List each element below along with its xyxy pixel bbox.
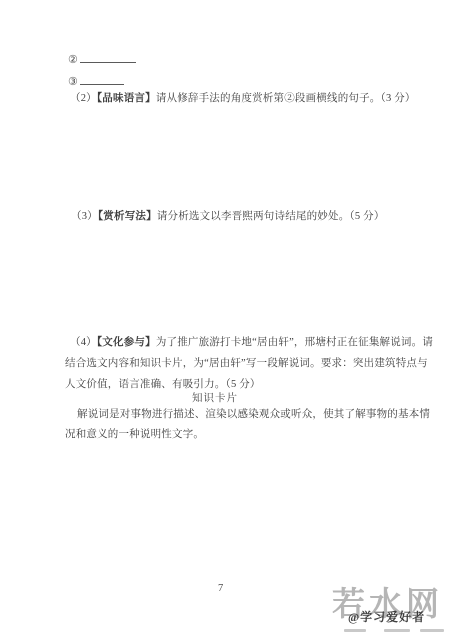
fill-blank-2-marker: ② <box>68 54 78 66</box>
fill-blank-2: ② <box>68 53 136 66</box>
watermark-subtext-smudge <box>344 629 366 632</box>
question-3-text: 请分析选文以李晋熙两句诗结尾的妙处。（5 分） <box>157 211 385 222</box>
question-4-number: （4） <box>70 337 97 348</box>
question-3: （3）【赏析写法】请分析选文以李晋熙两句诗结尾的妙处。（5 分） <box>71 210 385 224</box>
question-2-label: 【品味语言】 <box>97 93 156 104</box>
fill-blank-2-line <box>80 53 136 63</box>
question-2-text: 请从修辞手法的角度赏析第②段画横线的句子。（3 分） <box>156 93 416 104</box>
watermark-handle: @学习爱好者 <box>348 608 425 625</box>
knowledge-card-line-2: 况和意义的一种说明性文字。 <box>65 428 204 442</box>
knowledge-card-line-1: 解说词是对事物进行描述、渲染以感染观众或听众，使其了解事物的基本情 <box>77 408 430 422</box>
watermark-subtext-smudge <box>420 629 444 632</box>
page-number: 7 <box>218 583 223 594</box>
watermark-subtext-smudge <box>384 629 410 632</box>
question-2-number: （2） <box>70 93 97 104</box>
question-4-text-1: 为了推广旅游打卡地“居由轩”，邢塘村正在征集解说词。请 <box>156 337 433 348</box>
question-4-line-2: 结合选文内容和知识卡片，为“居由轩”写一段解说词。要求：突出建筑特点与 <box>65 357 428 371</box>
question-4-label: 【文化参与】 <box>97 337 156 348</box>
fill-blank-3-marker: ③ <box>68 76 78 88</box>
question-3-label: 【赏析写法】 <box>98 211 157 222</box>
question-2: （2）【品味语言】请从修辞手法的角度赏析第②段画横线的句子。（3 分） <box>70 92 416 106</box>
knowledge-card-title: 知识卡片 <box>192 390 238 405</box>
fill-blank-3-line <box>80 75 124 85</box>
exam-page: ② ③ （2）【品味语言】请从修辞手法的角度赏析第②段画横线的句子。（3 分） … <box>0 0 450 636</box>
question-4-line-1: （4）【文化参与】为了推广旅游打卡地“居由轩”，邢塘村正在征集解说词。请 <box>70 336 433 350</box>
question-3-number: （3） <box>71 211 98 222</box>
fill-blank-3: ③ <box>68 75 124 88</box>
